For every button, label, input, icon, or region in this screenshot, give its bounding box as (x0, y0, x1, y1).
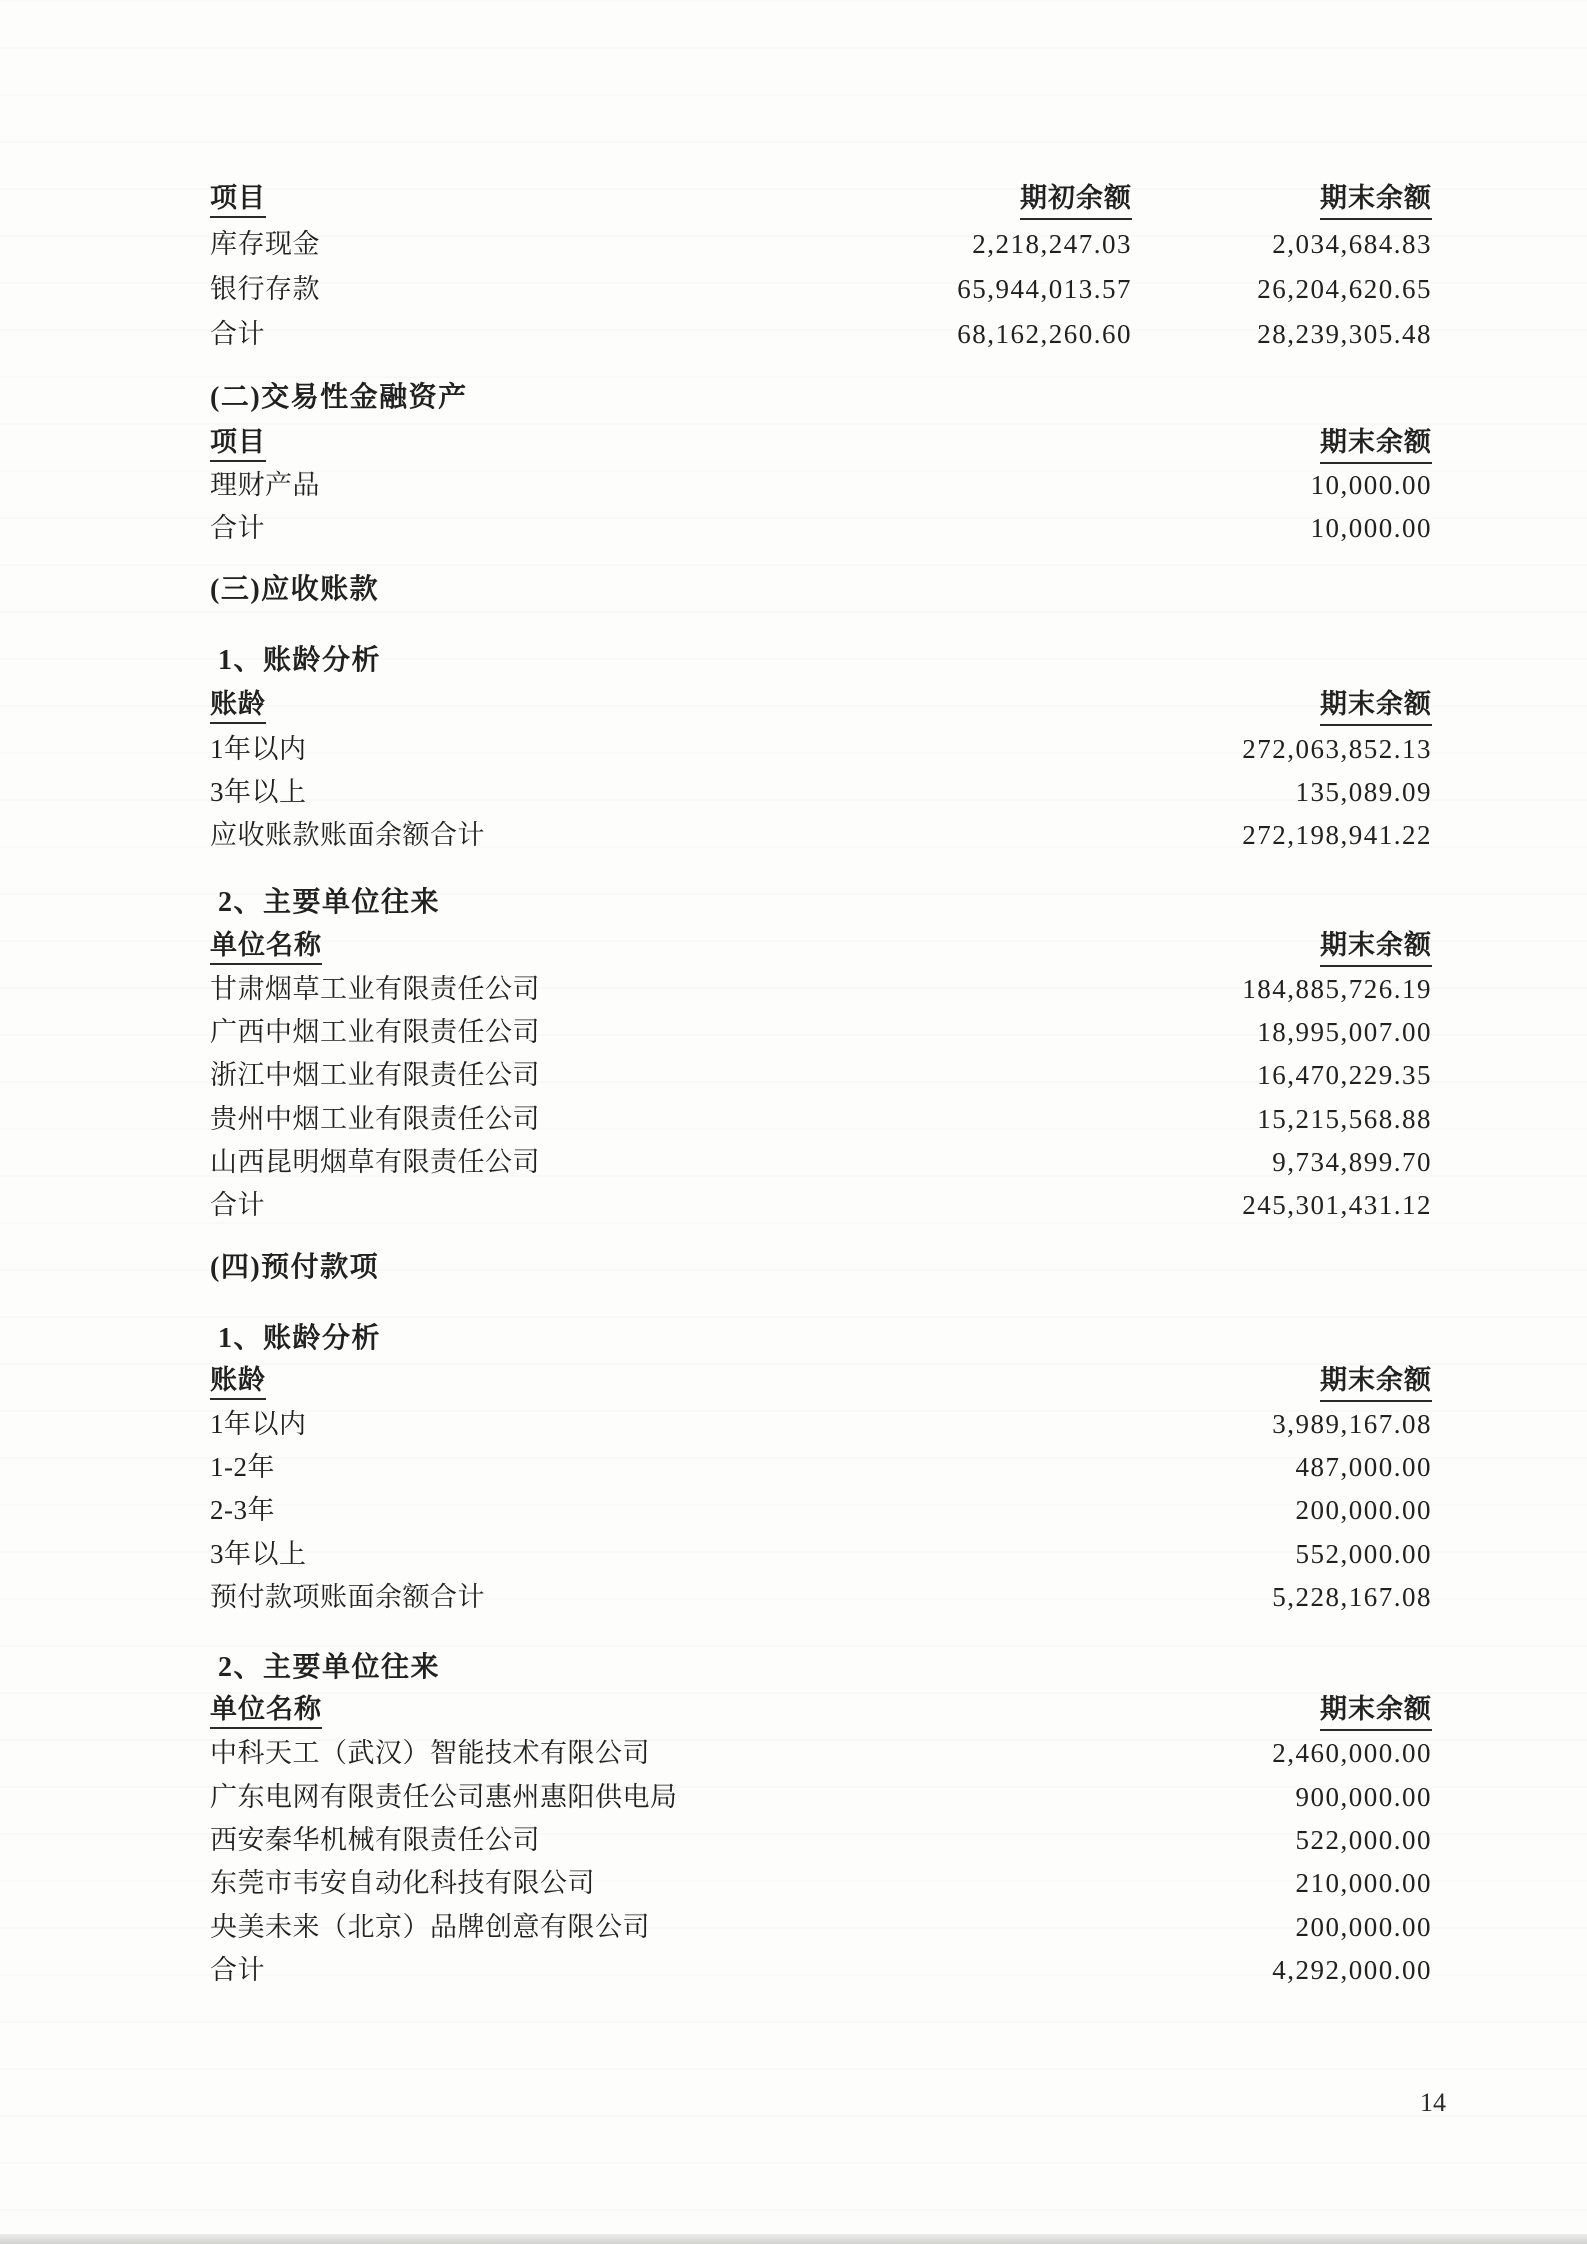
row-value-ending: 200,000.00 (1296, 1910, 1433, 1944)
row-value-ending: 272,063,852.13 (1242, 732, 1432, 766)
row-value-beginning: 68,162,260.60 (957, 317, 1132, 351)
row-value-ending: 272,198,941.22 (1242, 818, 1432, 852)
row-label: 贵州中烟工业有限责任公司 (210, 1104, 540, 1134)
row-label: 3年以上 (210, 777, 307, 807)
row-value-ending: 210,000.00 (1296, 1866, 1433, 1900)
table-row: 贵州中烟工业有限责任公司 15,215,568.88 (210, 1102, 1432, 1136)
row-value-ending: 245,301,431.12 (1242, 1188, 1432, 1222)
row-label: 理财产品 (210, 470, 320, 500)
table-row: 1-2年 487,000.00 (210, 1450, 1432, 1484)
row-label: 中科天工（武汉）智能技术有限公司 (210, 1738, 650, 1768)
column-header-ending-balance: 期末余额 (1320, 687, 1432, 726)
row-label: 浙江中烟工业有限责任公司 (210, 1060, 540, 1090)
table-row: 东莞市韦安自动化科技有限公司 210,000.00 (210, 1866, 1432, 1900)
row-value-ending: 2,460,000.00 (1272, 1736, 1432, 1770)
column-header-unit-name: 单位名称 (210, 1694, 322, 1729)
table-row: 西安秦华机械有限责任公司 522,000.00 (210, 1823, 1432, 1857)
table-row: 1年以内 3,989,167.08 (210, 1407, 1432, 1441)
table-row-total: 合计 4,292,000.00 (210, 1953, 1432, 1987)
row-label: 山西昆明烟草有限责任公司 (210, 1147, 540, 1177)
table-row: 2-3年 200,000.00 (210, 1493, 1432, 1527)
row-label: 广东电网有限责任公司惠州惠阳供电局 (210, 1782, 678, 1812)
row-value-ending: 10,000.00 (1311, 511, 1433, 545)
column-header-aging: 账龄 (210, 689, 266, 724)
row-label: 合计 (210, 1190, 265, 1220)
row-label: 西安秦华机械有限责任公司 (210, 1825, 540, 1855)
cash-table-header-row: 项目 期初余额 期末余额 (210, 181, 1432, 215)
row-value-ending: 2,034,684.83 (1272, 227, 1432, 261)
column-header-item: 项目 (210, 427, 266, 462)
section-title-prepayments: (四)预付款项 (210, 1250, 1432, 1284)
table-row-total: 合计 245,301,431.12 (210, 1188, 1432, 1222)
row-label: 甘肃烟草工业有限责任公司 (210, 974, 540, 1004)
row-label: 合计 (210, 513, 265, 543)
row-label: 应收账款账面余额合计 (210, 820, 485, 850)
table-row: 银行存款 65,944,013.57 26,204,620.65 (210, 272, 1432, 306)
row-label: 库存现金 (210, 229, 320, 259)
row-value-ending: 184,885,726.19 (1242, 972, 1432, 1006)
row-value-ending: 522,000.00 (1296, 1823, 1433, 1857)
column-header-ending-balance: 期末余额 (1320, 181, 1432, 220)
page-number: 14 (1420, 2088, 1446, 2118)
table-row: 山西昆明烟草有限责任公司 9,734,899.70 (210, 1145, 1432, 1179)
column-header-ending-balance: 期末余额 (1320, 928, 1432, 967)
row-value-ending: 552,000.00 (1296, 1537, 1433, 1571)
column-header-item: 项目 (210, 183, 266, 218)
trading-table-header-row: 项目 期末余额 (210, 425, 1432, 459)
row-value-ending: 4,292,000.00 (1272, 1953, 1432, 1987)
row-label: 3年以上 (210, 1539, 307, 1569)
table-row: 广西中烟工业有限责任公司 18,995,007.00 (210, 1015, 1432, 1049)
column-header-unit-name: 单位名称 (210, 930, 322, 965)
row-value-ending: 28,239,305.48 (1257, 317, 1432, 351)
document-page: 项目 期初余额 期末余额 库存现金 2,218,247.03 2,034,684… (0, 0, 1587, 2244)
row-label: 央美未来（北京）品牌创意有限公司 (210, 1912, 650, 1942)
row-value-beginning: 2,218,247.03 (972, 227, 1132, 261)
table-row: 3年以上 135,089.09 (210, 775, 1432, 809)
table-row: 央美未来（北京）品牌创意有限公司 200,000.00 (210, 1910, 1432, 1944)
table-row-total: 合计 10,000.00 (210, 511, 1432, 545)
row-label: 合计 (210, 1955, 265, 1985)
subsection-title-prepayments-units: 2、主要单位往来 (210, 1650, 1432, 1684)
row-value-ending: 26,204,620.65 (1257, 272, 1432, 306)
table-row-total: 预付款项账面余额合计 5,228,167.08 (210, 1580, 1432, 1614)
prepayments-aging-header-row: 账龄 期末余额 (210, 1363, 1432, 1397)
row-value-ending: 487,000.00 (1296, 1450, 1433, 1484)
subsection-title-receivables-aging: 1、账龄分析 (210, 643, 1432, 677)
table-row: 甘肃烟草工业有限责任公司 184,885,726.19 (210, 972, 1432, 1006)
column-header-aging: 账龄 (210, 1365, 266, 1400)
column-header-beginning-balance: 期初余额 (1020, 181, 1132, 220)
row-value-ending: 16,470,229.35 (1257, 1058, 1432, 1092)
row-value-ending: 200,000.00 (1296, 1493, 1433, 1527)
row-value-ending: 5,228,167.08 (1272, 1580, 1432, 1614)
table-row: 库存现金 2,218,247.03 2,034,684.83 (210, 227, 1432, 261)
table-row: 理财产品 10,000.00 (210, 468, 1432, 502)
subsection-title-receivables-units: 2、主要单位往来 (210, 885, 1432, 919)
row-label: 预付款项账面余额合计 (210, 1582, 485, 1612)
prepayments-units-header-row: 单位名称 期末余额 (210, 1692, 1432, 1726)
row-label: 合计 (210, 319, 265, 349)
row-label: 广西中烟工业有限责任公司 (210, 1017, 540, 1047)
receivables-aging-header-row: 账龄 期末余额 (210, 687, 1432, 721)
row-label: 东莞市韦安自动化科技有限公司 (210, 1868, 595, 1898)
table-row: 1年以内 272,063,852.13 (210, 732, 1432, 766)
row-value-beginning: 65,944,013.57 (957, 272, 1132, 306)
row-label: 银行存款 (210, 274, 320, 304)
receivables-units-header-row: 单位名称 期末余额 (210, 928, 1432, 962)
row-label: 1年以内 (210, 1409, 307, 1439)
scan-artifact-strip (0, 2234, 1587, 2244)
row-value-ending: 10,000.00 (1311, 468, 1433, 502)
table-row: 广东电网有限责任公司惠州惠阳供电局 900,000.00 (210, 1780, 1432, 1814)
table-row-total: 合计 68,162,260.60 28,239,305.48 (210, 317, 1432, 351)
column-header-ending-balance: 期末余额 (1320, 1692, 1432, 1731)
row-label: 1-2年 (210, 1452, 275, 1482)
row-value-ending: 15,215,568.88 (1257, 1102, 1432, 1136)
table-row: 浙江中烟工业有限责任公司 16,470,229.35 (210, 1058, 1432, 1092)
column-header-ending-balance: 期末余额 (1320, 425, 1432, 464)
row-value-ending: 18,995,007.00 (1257, 1015, 1432, 1049)
column-header-ending-balance: 期末余额 (1320, 1363, 1432, 1402)
table-row-total: 应收账款账面余额合计 272,198,941.22 (210, 818, 1432, 852)
row-value-ending: 900,000.00 (1296, 1780, 1433, 1814)
row-value-ending: 9,734,899.70 (1272, 1145, 1432, 1179)
subsection-title-prepayments-aging: 1、账龄分析 (210, 1321, 1432, 1355)
row-value-ending: 135,089.09 (1296, 775, 1433, 809)
table-row: 中科天工（武汉）智能技术有限公司 2,460,000.00 (210, 1736, 1432, 1770)
row-label: 2-3年 (210, 1495, 275, 1525)
section-title-trading: (二)交易性金融资产 (210, 380, 1432, 414)
table-row: 3年以上 552,000.00 (210, 1537, 1432, 1571)
row-label: 1年以内 (210, 734, 307, 764)
section-title-receivables: (三)应收账款 (210, 572, 1432, 606)
row-value-ending: 3,989,167.08 (1272, 1407, 1432, 1441)
